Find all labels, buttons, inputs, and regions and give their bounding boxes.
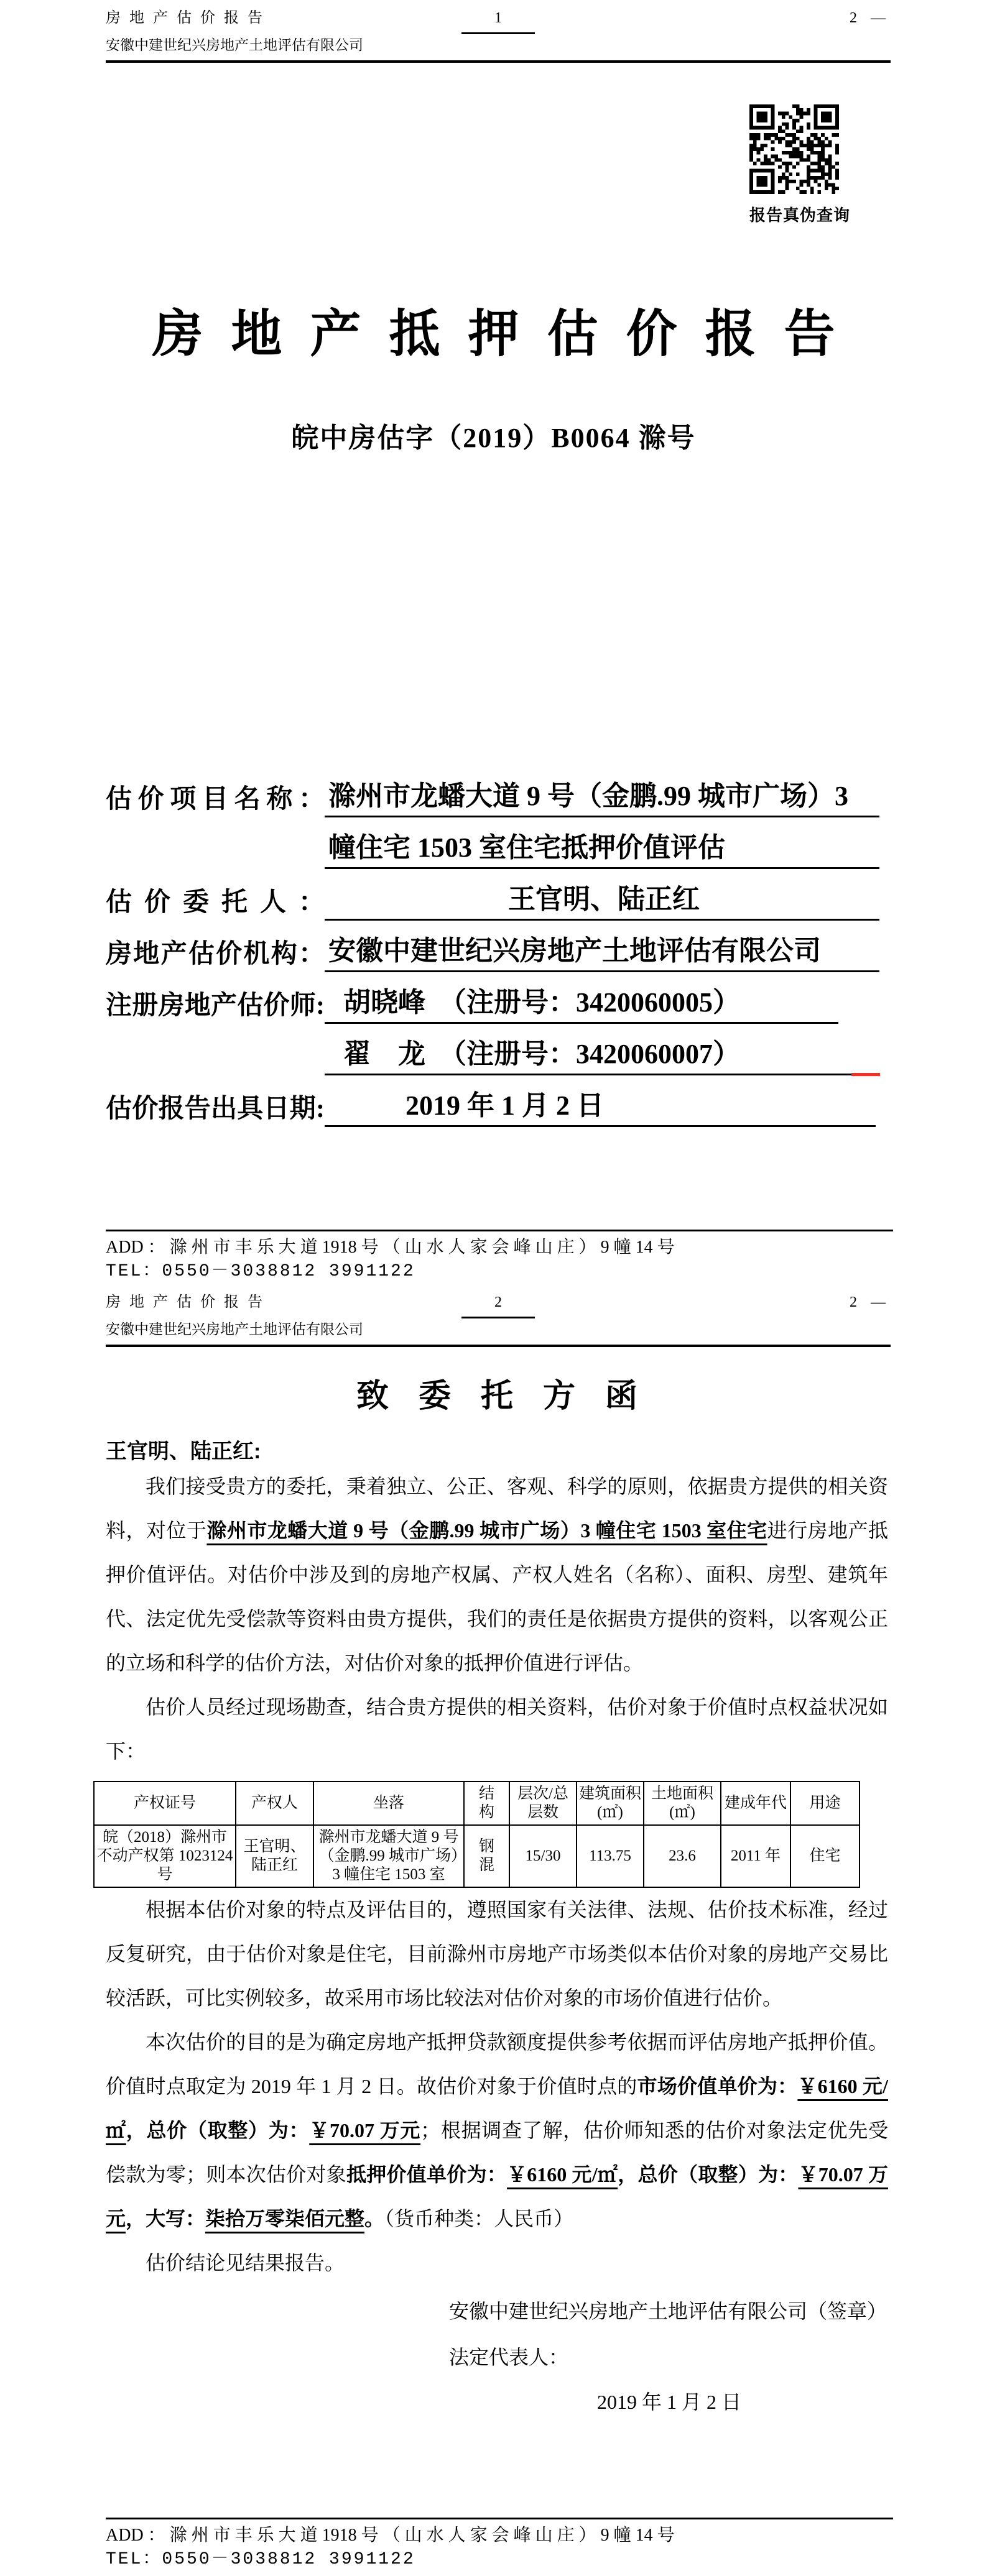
letter-salutation: 王官明、陆正红: [106, 1438, 888, 1465]
field-row: 估价项目名称：滁州市龙蟠大道 9 号（金鹏.99 城市广场）3 [106, 766, 879, 817]
header-doc-type: 房地产估价报告 [106, 9, 368, 27]
table-body: 皖（2018）滁州市不动产权第 1023124 号王官明、陆正红滁州市龙蟠大道 … [94, 1825, 860, 1887]
header-page-number: 1 [368, 9, 629, 34]
field-value: 滁州市龙蟠大道 9 号（金鹏.99 城市广场）3 [325, 780, 879, 817]
qr-caption: 报告真伪查询 [749, 203, 840, 226]
field-value: 幢住宅 1503 室住宅抵押价值评估 [325, 832, 879, 869]
table-header-cell: 结构 [464, 1782, 509, 1825]
text-segment: 估价人员经过现场勘查，结合贵方提供的相关资料，估价对象于价值时点权益状况如下： [106, 1696, 888, 1762]
header-page-total: 2 — [629, 1293, 891, 1312]
table-header-cell: 层次/总层数 [509, 1782, 577, 1825]
report-number: 皖中房估字（2019）B0064 滁号 [0, 415, 987, 455]
page1-footer: ADD ： 滁 州 市 丰 乐 大 道 1918 号 （ 山 水 人 家 会 峰… [106, 1230, 893, 1282]
table-cell: 钢混 [464, 1825, 509, 1887]
page2-footer: ADD ： 滁 州 市 丰 乐 大 道 1918 号 （ 山 水 人 家 会 峰… [106, 2518, 893, 2570]
table-header-cell: 坐落 [313, 1782, 464, 1825]
table-header-cell: 土地面积(㎡) [644, 1782, 721, 1825]
field-row: 注册房地产估价师:胡晓峰 （注册号：3420060005） [106, 972, 879, 1024]
text-segment: 柒拾万零柒佰元整 [205, 2207, 364, 2230]
text-segment: ，总价（取整）为： [126, 2119, 310, 2141]
text-segment: 根据本估价对象的特点及评估目的，遵照国家有关法律、法规、估价技术标准，经过反复研… [106, 1898, 888, 2009]
appraisal-object-table: 产权证号产权人坐落结构层次/总层数建筑面积(㎡)土地面积(㎡)建成年代用途 皖（… [93, 1781, 860, 1888]
text-segment: 滁州市龙蟠大道 9 号（金鹏.99 城市广场）3 幢住宅 1503 室住宅 [206, 1519, 767, 1542]
field-value: 胡晓峰 （注册号：3420060005） [325, 987, 838, 1024]
cover-form-fields: 估价项目名称：滁州市龙蟠大道 9 号（金鹏.99 城市广场）3幢住宅 1503 … [106, 766, 879, 1127]
letter-body-before-table: 我们接受贵方的委托，秉着独立、公正、客观、科学的原则，依据贵方提供的相关资料，对… [106, 1465, 888, 1773]
paragraph: 我们接受贵方的委托，秉着独立、公正、客观、科学的原则，依据贵方提供的相关资料，对… [106, 1465, 888, 1685]
page2-header: 房地产估价报告 2 2 — 安徽中建世纪兴房地产土地评估有限公司 [106, 1293, 891, 1347]
telephone-line: TEL：0550－3038812 3991122 [106, 2549, 893, 2570]
letter-body-after-table: 根据本估价对象的特点及评估目的，遵照国家有关法律、法规、估价技术标准，经过反复研… [106, 1888, 888, 2285]
telephone-line: TEL：0550－3038812 3991122 [106, 1261, 893, 1282]
table-header-cell: 用途 [790, 1782, 860, 1825]
field-label [106, 867, 325, 869]
letter-heading: 致委托方函 [106, 1378, 888, 1416]
signature-block: 安徽中建世纪兴房地产土地评估有限公司（签章） 法定代表人： 2019 年 1 月… [449, 2299, 888, 2414]
table-cell: 15/30 [509, 1825, 577, 1887]
field-label: 房地产估价机构： [106, 939, 325, 972]
text-segment: 估价结论见结果报告。 [146, 2252, 345, 2274]
table-header-row: 产权证号产权人坐落结构层次/总层数建筑面积(㎡)土地面积(㎡)建成年代用途 [94, 1782, 860, 1825]
header-rule [106, 1345, 891, 1347]
header-rule [106, 60, 891, 63]
paragraph: 估价人员经过现场勘查，结合贵方提供的相关资料，估价对象于价值时点权益状况如下： [106, 1685, 888, 1773]
field-row: 翟 龙 （注册号：3420060007） [106, 1024, 879, 1075]
text-segment: 进行房地产抵押价值评估。对估价中涉及到的房地产权属、产权人姓名（名称）、面积、房… [106, 1519, 888, 1674]
paragraph: 根据本估价对象的特点及评估目的，遵照国家有关法律、法规、估价技术标准，经过反复研… [106, 1888, 888, 2020]
text-segment: ，总价（取整）为： [618, 2163, 798, 2186]
field-label: 估价报告出具日期: [106, 1093, 325, 1127]
table-cell: 滁州市龙蟠大道 9 号（金鹏.99 城市广场）3 幢住宅 1503 室 [313, 1825, 464, 1887]
text-segment: 市场价值单价为： [637, 2075, 798, 2097]
report-title: 房地产抵押估价报告 [0, 306, 987, 363]
field-row: 房地产估价机构：安徽中建世纪兴房地产土地评估有限公司 [106, 921, 879, 972]
table-row: 皖（2018）滁州市不动产权第 1023124 号王官明、陆正红滁州市龙蟠大道 … [94, 1825, 860, 1887]
table-cell: 皖（2018）滁州市不动产权第 1023124 号 [94, 1825, 236, 1887]
legal-representative-label: 法定代表人： [449, 2345, 888, 2370]
text-segment: ￥70.07 万元 [309, 2119, 420, 2141]
header-doc-type: 房地产估价报告 [106, 1293, 368, 1312]
field-value: 2019 年 1 月 2 日 [325, 1090, 876, 1127]
header-page-number: 2 [368, 1293, 629, 1318]
field-label: 估价委托人： [106, 887, 325, 921]
qr-code-icon [749, 104, 839, 194]
footer-rule [106, 2518, 893, 2519]
table-cell: 住宅 [790, 1825, 860, 1887]
paragraph: 本次估价的目的是为确定房地产抵押贷款额度提供参考依据而评估房地产抵押价值。价值时… [106, 2020, 888, 2241]
page1-header: 房地产估价报告 1 2 — 安徽中建世纪兴房地产土地评估有限公司 [106, 9, 891, 63]
header-company-name: 安徽中建世纪兴房地产土地评估有限公司 [106, 37, 891, 54]
field-label: 估价项目名称： [106, 784, 325, 817]
table-cell: 王官明、陆正红 [236, 1825, 313, 1887]
letter-to-client: 致委托方函 王官明、陆正红: 我们接受贵方的委托，秉着独立、公正、客观、科学的原… [106, 1363, 888, 2414]
field-row: 幢住宅 1503 室住宅抵押价值评估 [106, 817, 879, 869]
address-line: ADD ： 滁 州 市 丰 乐 大 道 1918 号 （ 山 水 人 家 会 峰… [106, 2525, 893, 2546]
table-cell: 2011 年 [721, 1825, 790, 1887]
footer-rule [106, 1230, 893, 1231]
field-value: 安徽中建世纪兴房地产土地评估有限公司 [325, 935, 879, 972]
table-header-cell: 建成年代 [721, 1782, 790, 1825]
text-segment: ，大写： [126, 2207, 205, 2230]
table-header-cell: 产权证号 [94, 1782, 236, 1825]
text-segment: （货币种类：人民币） [384, 2207, 573, 2230]
report-document: 房地产估价报告 1 2 — 安徽中建世纪兴房地产土地评估有限公司 报告真伪查询 … [0, 0, 987, 2576]
paragraph: 估价结论见结果报告。 [106, 2241, 888, 2285]
text-segment: 抵押价值单价为： [346, 2163, 507, 2186]
text-segment: ￥6160 元/㎡ [507, 2163, 618, 2186]
field-value: 王官明、陆正红 [325, 883, 879, 921]
table-cell: 113.75 [577, 1825, 644, 1887]
field-label [106, 1073, 325, 1075]
table-header-cell: 产权人 [236, 1782, 313, 1825]
signature-date: 2019 年 1 月 2 日 [597, 2390, 888, 2414]
signature-company: 安徽中建世纪兴房地产土地评估有限公司（签章） [449, 2299, 888, 2324]
table-cell: 23.6 [644, 1825, 721, 1887]
field-value: 翟 龙 （注册号：3420060007） [325, 1038, 879, 1075]
header-page-total: 2 — [629, 9, 891, 27]
field-row: 估价委托人：王官明、陆正红 [106, 869, 879, 921]
field-row: 估价报告出具日期:2019 年 1 月 2 日 [106, 1075, 879, 1127]
field-label: 注册房地产估价师: [106, 990, 325, 1024]
text-segment: 。 [364, 2207, 384, 2230]
report-verification-block: 报告真伪查询 [749, 104, 840, 226]
address-line: ADD ： 滁 州 市 丰 乐 大 道 1918 号 （ 山 水 人 家 会 峰… [106, 1237, 893, 1258]
header-company-name: 安徽中建世纪兴房地产土地评估有限公司 [106, 1321, 891, 1338]
table-header-cell: 建筑面积(㎡) [577, 1782, 644, 1825]
